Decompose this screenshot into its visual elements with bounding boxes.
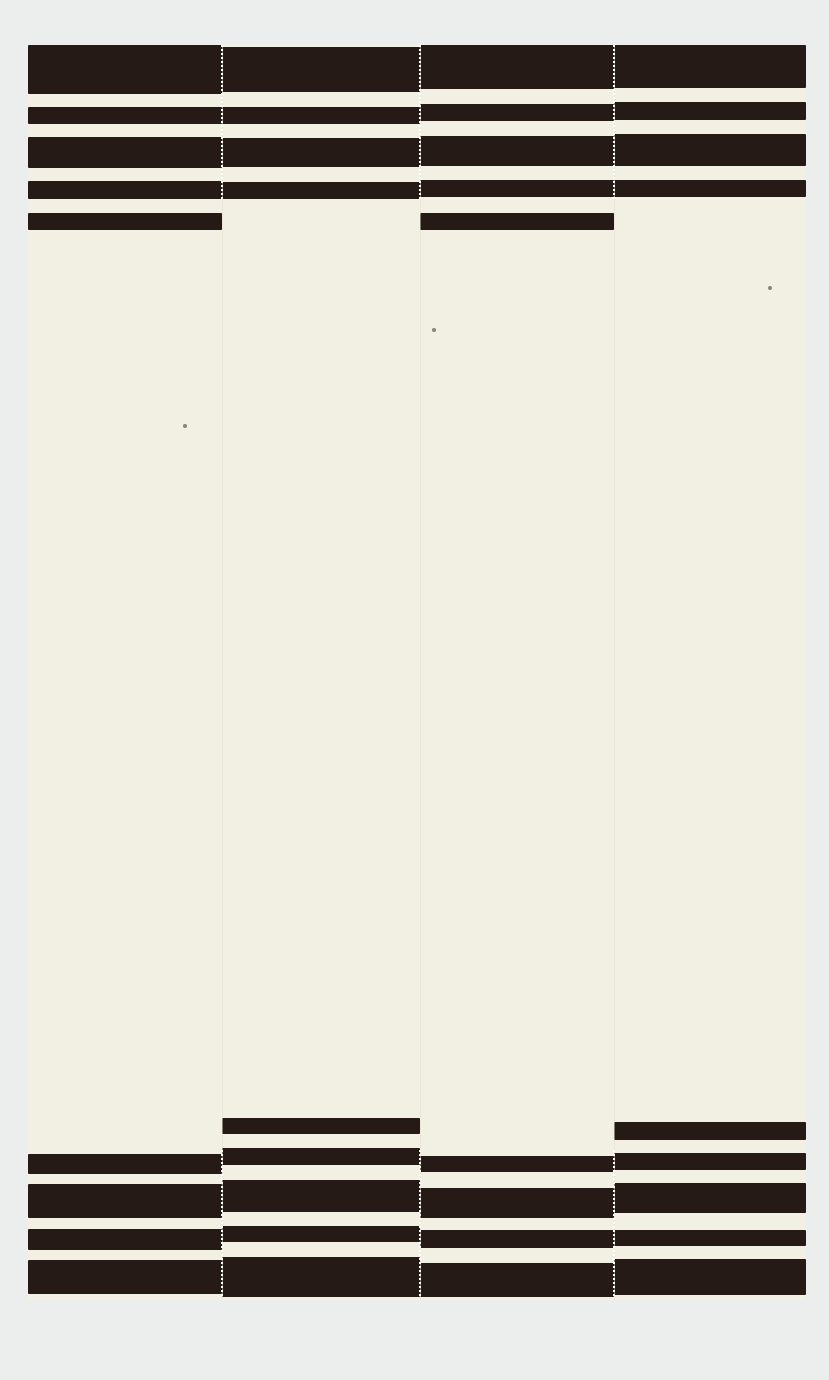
woven-stripe	[614, 1122, 806, 1140]
fiber-speck	[768, 286, 772, 290]
woven-stripe	[28, 107, 222, 124]
woven-stripe	[614, 1153, 806, 1170]
woven-stripe	[420, 1188, 614, 1218]
woven-stripe	[222, 138, 420, 167]
woven-stripe	[614, 45, 806, 88]
woven-stripe	[420, 45, 614, 89]
kilim-rug	[28, 45, 806, 1300]
panel-seam	[222, 45, 223, 1300]
panel-2	[222, 45, 420, 1300]
woven-stripe	[614, 180, 806, 197]
woven-stripe	[614, 1259, 806, 1295]
woven-stripe	[420, 1156, 614, 1172]
woven-stripe	[222, 1180, 420, 1212]
seam-stitching	[613, 1150, 615, 1298]
panel-seam	[420, 45, 421, 1300]
fiber-speck	[432, 328, 436, 332]
seam-stitching	[419, 1150, 421, 1298]
woven-stripe	[420, 104, 614, 121]
woven-stripe	[28, 45, 222, 94]
woven-stripe	[28, 137, 222, 168]
panel-seam	[614, 45, 615, 1300]
seam-stitching	[419, 45, 421, 200]
seam-stitching	[613, 45, 615, 200]
woven-stripe	[222, 47, 420, 92]
panel-1	[28, 45, 222, 1300]
woven-stripe	[28, 1154, 222, 1174]
woven-stripe	[28, 1184, 222, 1218]
woven-stripe	[222, 182, 420, 199]
woven-stripe	[28, 181, 222, 199]
woven-stripe	[222, 107, 420, 124]
woven-stripe	[420, 136, 614, 166]
woven-stripe	[28, 213, 222, 230]
woven-stripe	[28, 1229, 222, 1250]
woven-stripe	[420, 1230, 614, 1248]
woven-stripe	[28, 1260, 222, 1294]
woven-stripe	[420, 213, 614, 230]
woven-stripe	[614, 1183, 806, 1213]
woven-stripe	[420, 1263, 614, 1297]
panel-4	[614, 45, 806, 1300]
fiber-speck	[183, 424, 187, 428]
seam-stitching	[221, 45, 223, 200]
woven-stripe	[614, 1230, 806, 1246]
seam-stitching	[221, 1150, 223, 1298]
panel-3	[420, 45, 614, 1300]
woven-stripe	[222, 1226, 420, 1242]
woven-stripe	[222, 1257, 420, 1297]
woven-stripe	[614, 102, 806, 120]
woven-stripe	[222, 1118, 420, 1134]
woven-stripe	[222, 1148, 420, 1165]
woven-stripe	[420, 180, 614, 197]
woven-stripe	[614, 134, 806, 166]
